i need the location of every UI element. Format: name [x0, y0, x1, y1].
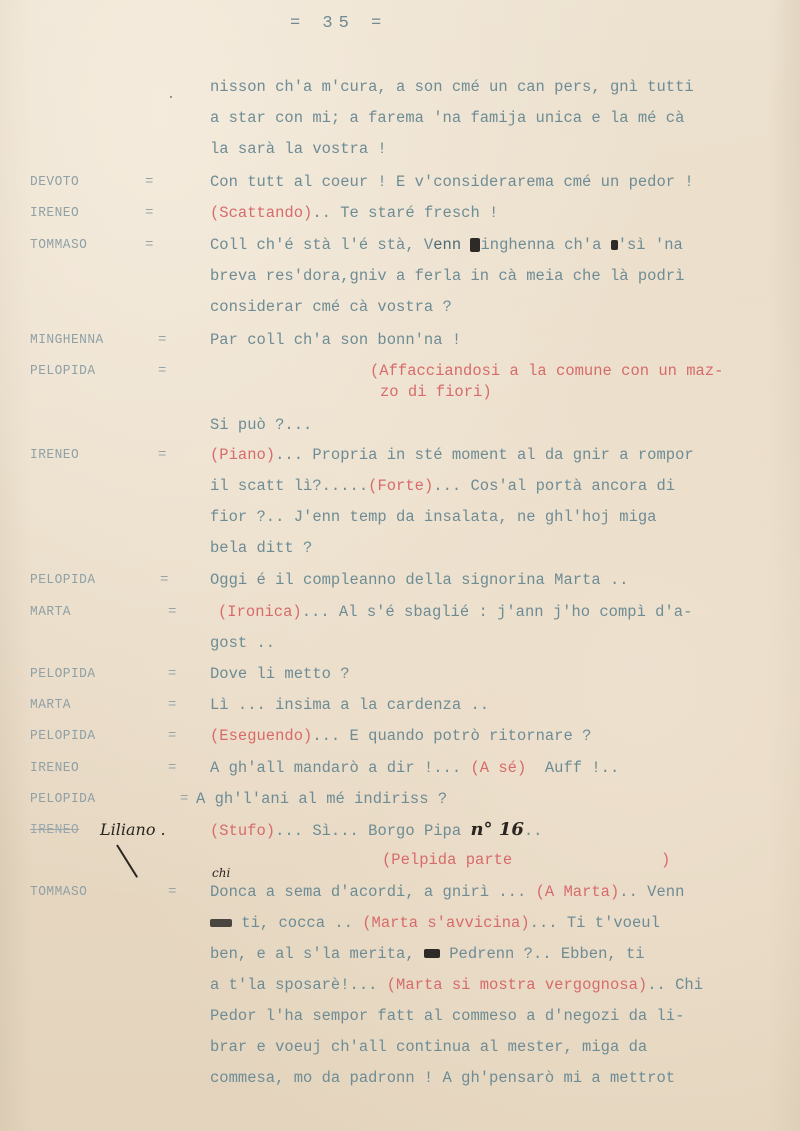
- speaker-name: MINGHENNA: [30, 325, 104, 355]
- continuation-line: fior ?.. J'enn temp da insalata, ne ghl'…: [0, 502, 800, 532]
- stage-direction: (Pelpida parte ): [382, 845, 670, 875]
- dialogue-text: Con tutt al coeur ! E v'considerarema cm…: [210, 167, 694, 197]
- ink-correction: [424, 949, 440, 958]
- continuation-line: gost ..: [0, 628, 800, 658]
- typescript-page: = 35 = nisson ch'a m'cura, a son cmé un …: [0, 0, 800, 1131]
- continuation-line: il scatt lì?.....(Forte)... Cos'al portà…: [0, 471, 800, 501]
- dialogue-text: Lì ... insima a la cardenza ..: [210, 690, 489, 720]
- continuation-line: nisson ch'a m'cura, a son cmé un can per…: [0, 72, 800, 102]
- dialogue-text: .. Te staré fresch !: [312, 204, 498, 222]
- stage-direction: (Piano): [210, 446, 275, 464]
- continuation-line: ben, e al s'la merita, Pedrenn ?.. Ebben…: [0, 939, 800, 969]
- stage-direction: (Ironica): [218, 603, 302, 621]
- speaker-name: MARTA: [30, 690, 71, 720]
- continuation-line: Si può ?...: [0, 410, 800, 440]
- continuation-line: breva res'dora,gniv a ferla in cà meia c…: [0, 261, 800, 291]
- speaker-name: PELOPIDA: [30, 565, 96, 595]
- speaker-name: PELOPIDA: [30, 659, 96, 689]
- stage-direction: (Marta si mostra vergognosa): [387, 976, 647, 994]
- speaker-name: MARTA: [30, 597, 71, 627]
- speaker-name: IRENEO: [30, 198, 79, 228]
- page-number: = 35 =: [290, 14, 387, 33]
- dialogue-line: IRENEO = (Scattando).. Te staré fresch !: [0, 198, 800, 228]
- speaker-name: IRENEO: [30, 753, 79, 783]
- stage-direction: (Eseguendo): [210, 727, 312, 745]
- ink-correction: [210, 919, 232, 927]
- continuation-line: a t'la sposarè!... (Marta si mostra verg…: [0, 970, 800, 1000]
- stage-direction: (Marta s'avvicina): [362, 914, 529, 932]
- dialogue-line: IRENEO = (Piano)... Propria in sté momen…: [0, 440, 800, 470]
- dialogue-line: IRENEO Liliano . (Stufo)... Sì... Borgo …: [0, 815, 800, 845]
- continuation-line: a star con mi; a farema 'na famija unica…: [0, 103, 800, 133]
- dialogue-text: Par coll ch'a son bonn'na !: [210, 325, 461, 355]
- stage-direction: (A sé): [470, 759, 526, 777]
- dialogue-text: A gh'l'ani al mé indiriss ?: [196, 784, 447, 814]
- continuation-line: brar e voeuj ch'all continua al mester, …: [0, 1032, 800, 1062]
- speaker-name: PELOPIDA: [30, 721, 96, 751]
- continuation-line: considerar cmé cà vostra ?: [0, 292, 800, 322]
- stage-direction-line: (Pelpida parte ): [0, 845, 800, 875]
- continuation-line: la sarà la vostra !: [0, 134, 800, 164]
- dialogue-line: PELOPIDA = (Eseguendo)... E quando potrò…: [0, 721, 800, 751]
- handwritten-insert: chi: [212, 866, 230, 880]
- stage-direction: (Scattando): [210, 204, 312, 222]
- continuation-line: bela ditt ?: [0, 533, 800, 563]
- continuation-line: ti, cocca .. (Marta s'avvicina)... Ti t'…: [0, 908, 800, 938]
- speaker-name: TOMMASO: [30, 230, 87, 260]
- dialogue-line: TOMMASO = Coll ch'é stà l'é stà, Venn in…: [0, 230, 800, 260]
- continuation-line: zo di fiori): [0, 377, 800, 407]
- handwritten-speaker-correction: Liliano .: [100, 815, 166, 845]
- dialogue-line: PELOPIDA = Oggi é il compleanno della si…: [0, 565, 800, 595]
- handwritten-number: n° 16: [470, 819, 523, 840]
- dialogue-line: PELOPIDA = Dove li metto ?: [0, 659, 800, 689]
- stage-direction: (A Marta): [536, 883, 620, 901]
- stage-direction: (Stufo): [210, 822, 275, 840]
- dialogue-line: MARTA = Lì ... insima a la cardenza ..: [0, 690, 800, 720]
- speaker-name: DEVOTO: [30, 167, 79, 197]
- speaker-name-struck: IRENEO: [30, 815, 79, 845]
- dialogue-line: TOMMASO = Donca a sema d'acordi, a gnirì…: [0, 877, 800, 907]
- stage-direction: (Forte): [368, 477, 433, 495]
- speaker-name: TOMMASO: [30, 877, 87, 907]
- dialogue-line: PELOPIDA = A gh'l'ani al mé indiriss ?: [0, 784, 800, 814]
- speaker-name: IRENEO: [30, 440, 79, 470]
- continuation-line: Pedor l'ha sempor fatt al commeso a d'ne…: [0, 1001, 800, 1031]
- dialogue-line: DEVOTO = Con tutt al coeur ! E v'conside…: [0, 167, 800, 197]
- dialogue-line: MINGHENNA = Par coll ch'a son bonn'na !: [0, 325, 800, 355]
- dialogue-text: Dove li metto ?: [210, 659, 350, 689]
- dialogue-text: Oggi é il compleanno della signorina Mar…: [210, 565, 629, 595]
- ink-correction: [611, 240, 618, 250]
- continuation-line: commesa, mo da padronn ! A gh'pensarò mi…: [0, 1063, 800, 1093]
- dialogue-line: MARTA = (Ironica)... Al s'é sbaglié : j'…: [0, 597, 800, 627]
- ink-correction: [470, 238, 480, 252]
- speaker-name: PELOPIDA: [30, 784, 96, 814]
- dialogue-line: IRENEO = A gh'all mandarò a dir !... (A …: [0, 753, 800, 783]
